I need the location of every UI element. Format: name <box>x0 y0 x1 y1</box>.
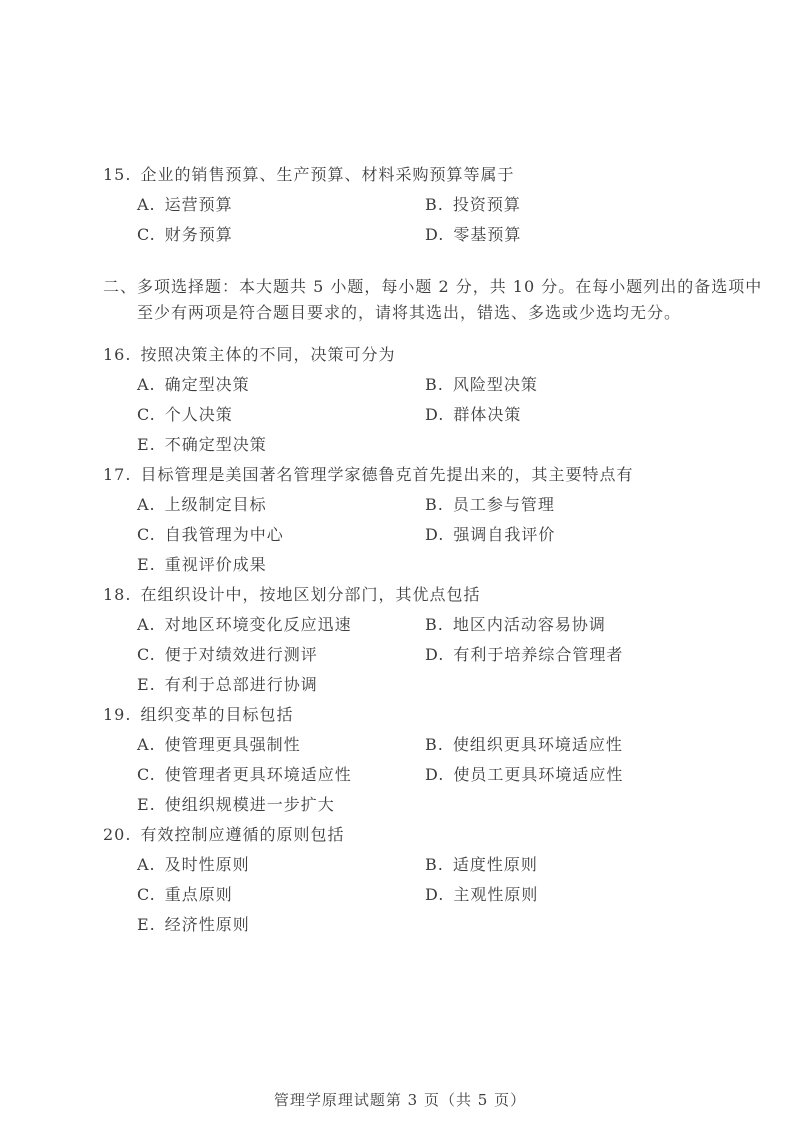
option-letter: E. <box>137 430 156 460</box>
exam-page: 15. 企业的销售预算、生产预算、材料采购预算等属于 A. 运营预算 B. 投资… <box>0 0 800 1136</box>
question-17-options: A. 上级制定目标 B. 员工参与管理 C. 自我管理为中心 D. 强调自我评价… <box>137 490 743 580</box>
option-text: 便于对绩效进行测评 <box>165 640 318 670</box>
question-16-stem: 16. 按照决策主体的不同，决策可分为 <box>103 340 743 370</box>
question-18-stem: 18. 在组织设计中，按地区划分部门，其优点包括 <box>103 580 743 610</box>
option-text: 群体决策 <box>453 400 521 430</box>
exam-content: 15. 企业的销售预算、生产预算、材料采购预算等属于 A. 运营预算 B. 投资… <box>103 160 743 940</box>
question-20-number: 20. <box>103 820 131 850</box>
option-letter: C. <box>137 880 156 910</box>
option-a: A. 运营预算 <box>137 190 425 220</box>
question-20-stem: 20. 有效控制应遵循的原则包括 <box>103 820 743 850</box>
option-b: B. 风险型决策 <box>425 370 743 400</box>
option-text: 重视评价成果 <box>165 550 267 580</box>
section-2-line1: 多项选择题：本大题共 5 小题，每小题 2 分，共 10 分。在每小题列出的备选… <box>137 274 762 300</box>
option-letter: E. <box>137 550 156 580</box>
option-letter: D. <box>425 640 444 670</box>
question-17-text: 目标管理是美国著名管理学家德鲁克首先提出来的，其主要特点有 <box>140 460 633 490</box>
option-e: E. 有利于总部进行协调 <box>137 670 425 700</box>
question-18-text: 在组织设计中，按地区划分部门，其优点包括 <box>140 580 480 610</box>
page-footer: 管理学原理试题第 3 页（共 5 页） <box>0 1088 800 1112</box>
option-text: 员工参与管理 <box>453 490 555 520</box>
option-letter: A. <box>137 190 156 220</box>
option-b: B. 员工参与管理 <box>425 490 743 520</box>
option-d: D. 群体决策 <box>425 400 743 430</box>
question-16-options: A. 确定型决策 B. 风险型决策 C. 个人决策 D. 群体决策 E. 不 <box>137 370 743 460</box>
option-d: D. 使员工更具环境适应性 <box>425 760 743 790</box>
option-text: 地区内活动容易协调 <box>453 610 606 640</box>
option-b: B. 适度性原则 <box>425 850 743 880</box>
option-c: C. 便于对绩效进行测评 <box>137 640 425 670</box>
option-a: A. 上级制定目标 <box>137 490 425 520</box>
option-text: 及时性原则 <box>165 850 250 880</box>
question-16-number: 16. <box>103 340 131 370</box>
option-d: D. 强调自我评价 <box>425 520 743 550</box>
question-17-number: 17. <box>103 460 131 490</box>
option-text: 确定型决策 <box>165 370 250 400</box>
option-letter: A. <box>137 370 156 400</box>
option-letter: A. <box>137 610 156 640</box>
option-d: D. 主观性原则 <box>425 880 743 910</box>
option-c: C. 重点原则 <box>137 880 425 910</box>
question-19-number: 19. <box>103 700 131 730</box>
question-19-stem: 19. 组织变革的目标包括 <box>103 700 743 730</box>
option-text: 自我管理为中心 <box>165 520 284 550</box>
option-text: 不确定型决策 <box>165 430 267 460</box>
option-a: A. 对地区环境变化反应迅速 <box>137 610 425 640</box>
option-a: A. 使管理更具强制性 <box>137 730 425 760</box>
option-letter: D. <box>425 520 444 550</box>
question-15-number: 15. <box>103 160 131 190</box>
option-text: 风险型决策 <box>453 370 538 400</box>
option-text: 投资预算 <box>453 190 521 220</box>
option-d: D. 零基预算 <box>425 220 743 250</box>
option-text: 运营预算 <box>165 190 233 220</box>
question-18: 18. 在组织设计中，按地区划分部门，其优点包括 A. 对地区环境变化反应迅速 … <box>103 580 743 700</box>
option-text: 强调自我评价 <box>453 520 555 550</box>
question-15-text: 企业的销售预算、生产预算、材料采购预算等属于 <box>140 160 514 190</box>
question-17-stem: 17. 目标管理是美国著名管理学家德鲁克首先提出来的，其主要特点有 <box>103 460 743 490</box>
option-letter: E. <box>137 670 156 700</box>
option-text: 使管理者更具环境适应性 <box>165 760 352 790</box>
option-letter: C. <box>137 640 156 670</box>
option-letter: E. <box>137 910 156 940</box>
option-text: 有利于总部进行协调 <box>165 670 318 700</box>
question-16-text: 按照决策主体的不同，决策可分为 <box>140 340 395 370</box>
option-text: 财务预算 <box>165 220 233 250</box>
question-15-options: A. 运营预算 B. 投资预算 C. 财务预算 D. 零基预算 <box>137 190 743 250</box>
option-text: 零基预算 <box>453 220 521 250</box>
option-letter: B. <box>425 190 444 220</box>
option-letter: A. <box>137 850 156 880</box>
option-text: 个人决策 <box>165 400 233 430</box>
question-19-text: 组织变革的目标包括 <box>140 700 293 730</box>
option-text: 适度性原则 <box>453 850 538 880</box>
option-e: E. 重视评价成果 <box>137 550 425 580</box>
option-e: E. 使组织规模进一步扩大 <box>137 790 425 820</box>
option-letter: E. <box>137 790 156 820</box>
question-20-options: A. 及时性原则 B. 适度性原则 C. 重点原则 D. 主观性原则 E. <box>137 850 743 940</box>
option-a: A. 确定型决策 <box>137 370 425 400</box>
option-text: 有利于培养综合管理者 <box>453 640 623 670</box>
option-letter: B. <box>425 490 444 520</box>
option-a: A. 及时性原则 <box>137 850 425 880</box>
option-letter: B. <box>425 610 444 640</box>
option-e: E. 不确定型决策 <box>137 430 425 460</box>
question-20: 20. 有效控制应遵循的原则包括 A. 及时性原则 B. 适度性原则 C. 重点… <box>103 820 743 940</box>
option-text: 使员工更具环境适应性 <box>453 760 623 790</box>
option-text: 经济性原则 <box>165 910 250 940</box>
option-c: C. 自我管理为中心 <box>137 520 425 550</box>
option-letter: D. <box>425 760 444 790</box>
question-18-number: 18. <box>103 580 131 610</box>
option-text: 上级制定目标 <box>165 490 267 520</box>
section-2-header: 二、 多项选择题：本大题共 5 小题，每小题 2 分，共 10 分。在每小题列出… <box>103 274 743 326</box>
option-letter: C. <box>137 400 156 430</box>
option-text: 对地区环境变化反应迅速 <box>165 610 352 640</box>
option-d: D. 有利于培养综合管理者 <box>425 640 743 670</box>
option-b: B. 地区内活动容易协调 <box>425 610 743 640</box>
question-19: 19. 组织变革的目标包括 A. 使管理更具强制性 B. 使组织更具环境适应性 … <box>103 700 743 820</box>
section-2-prefix: 二、 <box>103 274 137 300</box>
option-letter: C. <box>137 520 156 550</box>
question-19-options: A. 使管理更具强制性 B. 使组织更具环境适应性 C. 使管理者更具环境适应性… <box>137 730 743 820</box>
option-letter: B. <box>425 730 444 760</box>
section-2-instructions: 多项选择题：本大题共 5 小题，每小题 2 分，共 10 分。在每小题列出的备选… <box>137 274 762 326</box>
option-b: B. 投资预算 <box>425 190 743 220</box>
option-letter: D. <box>425 220 444 250</box>
option-text: 使管理更具强制性 <box>165 730 301 760</box>
question-15: 15. 企业的销售预算、生产预算、材料采购预算等属于 A. 运营预算 B. 投资… <box>103 160 743 250</box>
option-b: B. 使组织更具环境适应性 <box>425 730 743 760</box>
option-letter: B. <box>425 370 444 400</box>
option-text: 重点原则 <box>165 880 233 910</box>
option-letter: C. <box>137 760 156 790</box>
option-c: C. 财务预算 <box>137 220 425 250</box>
question-20-text: 有效控制应遵循的原则包括 <box>140 820 344 850</box>
option-c: C. 个人决策 <box>137 400 425 430</box>
option-letter: D. <box>425 400 444 430</box>
option-text: 使组织更具环境适应性 <box>453 730 623 760</box>
option-letter: A. <box>137 730 156 760</box>
option-e: E. 经济性原则 <box>137 910 425 940</box>
option-letter: A. <box>137 490 156 520</box>
question-17: 17. 目标管理是美国著名管理学家德鲁克首先提出来的，其主要特点有 A. 上级制… <box>103 460 743 580</box>
option-text: 主观性原则 <box>453 880 538 910</box>
option-letter: D. <box>425 880 444 910</box>
option-c: C. 使管理者更具环境适应性 <box>137 760 425 790</box>
option-letter: B. <box>425 850 444 880</box>
section-2-line2: 至少有两项是符合题目要求的，请将其选出，错选、多选或少选均无分。 <box>137 300 762 326</box>
question-16: 16. 按照决策主体的不同，决策可分为 A. 确定型决策 B. 风险型决策 C.… <box>103 340 743 460</box>
question-15-stem: 15. 企业的销售预算、生产预算、材料采购预算等属于 <box>103 160 743 190</box>
option-text: 使组织规模进一步扩大 <box>165 790 335 820</box>
option-letter: C. <box>137 220 156 250</box>
question-18-options: A. 对地区环境变化反应迅速 B. 地区内活动容易协调 C. 便于对绩效进行测评… <box>137 610 743 700</box>
